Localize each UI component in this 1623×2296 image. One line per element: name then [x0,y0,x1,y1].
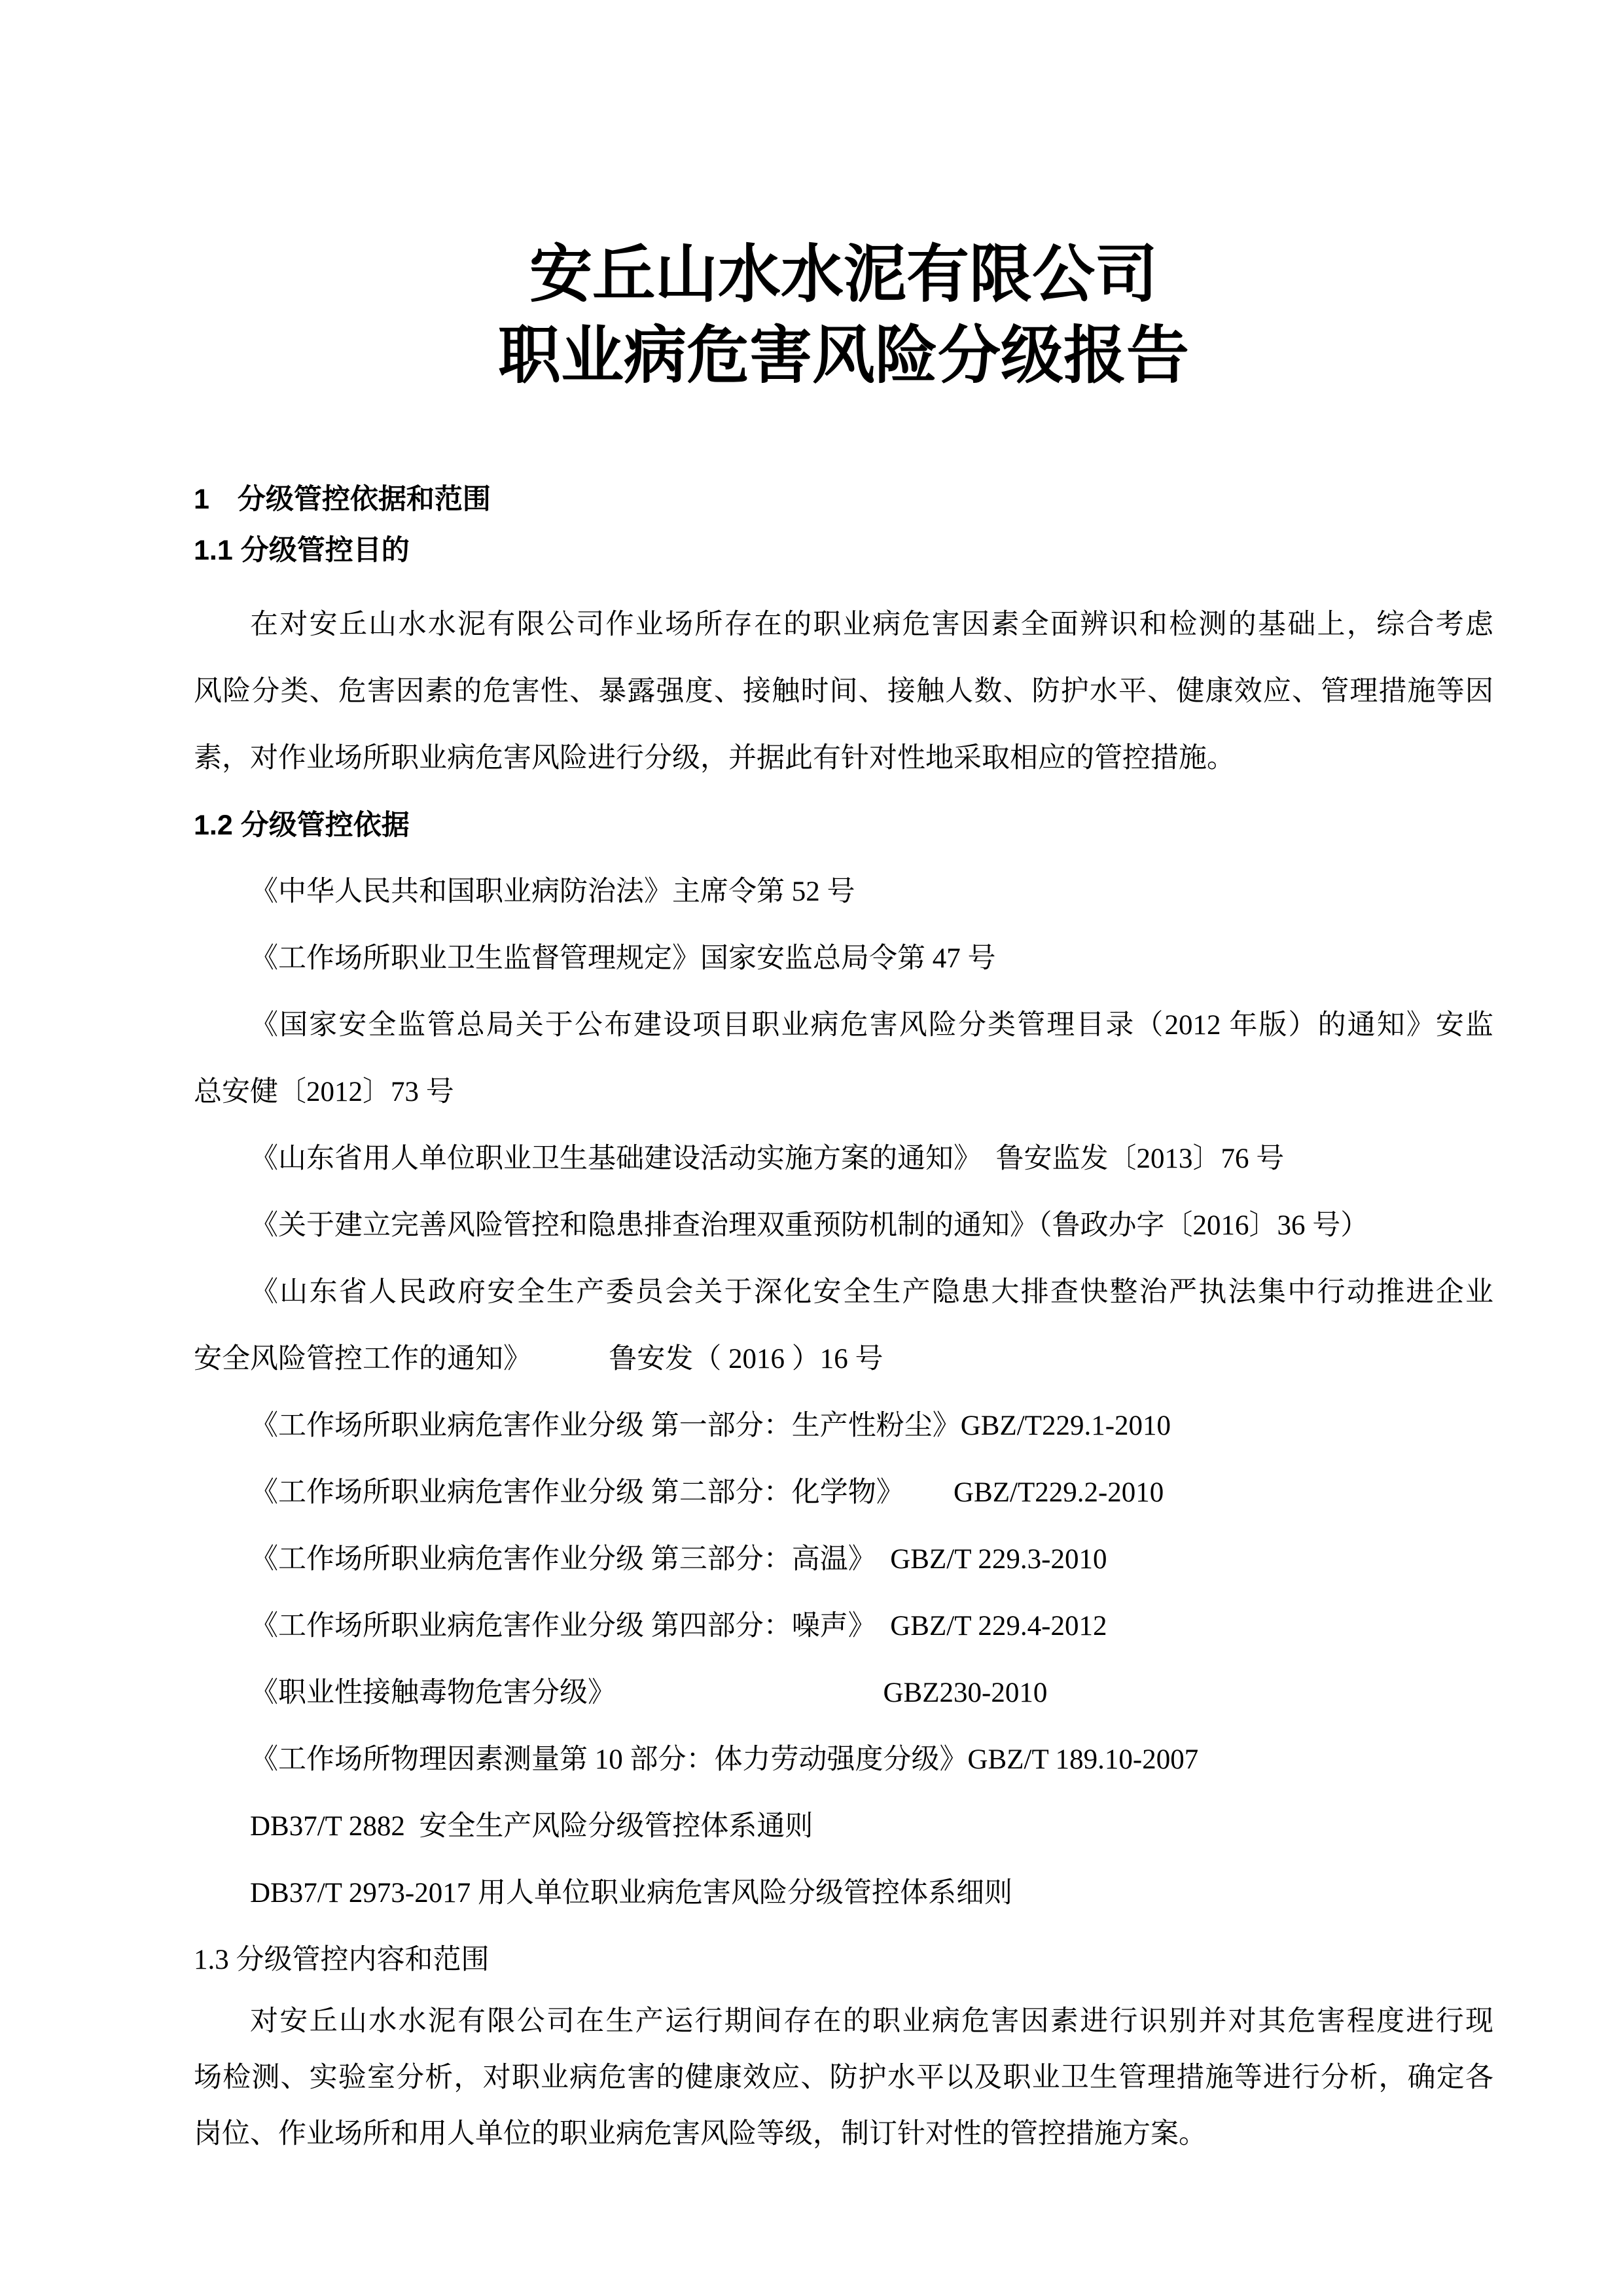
page-content: 安丘山水水泥有限公司 职业病危害风险分级报告 1 分级管控依据和范围 1.1 分… [194,0,1493,2162]
reference-line-continuation: 总安健〔2012〕73 号 [194,1059,1493,1126]
paragraph-line: 对安丘山水水泥有限公司在生产运行期间存在的职业病危害因素进行识别并对其危害程度进… [194,1994,1493,2050]
reference-line: DB37/T 2882 安全生产风险分级管控体系通则 [194,1793,1493,1860]
reference-line: 《工作场所物理因素测量第 10 部分：体力劳动强度分级》GBZ/T 189.10… [194,1727,1493,1793]
reference-line: 《工作场所职业病危害作业分级 第一部分：生产性粉尘》GBZ/T229.1-201… [194,1393,1493,1460]
report-title-line-2: 职业病危害风险分级报告 [194,315,1493,397]
paragraph-line: 场检测、实验室分析，对职业病危害的健康效应、防护水平以及职业卫生管理措施等进行分… [194,2050,1493,2106]
paragraph-line: 素，对作业场所职业病危害风险进行分级，并据此有针对性地采取相应的管控措施。 [194,725,1493,792]
reference-line: 《国家安全监管总局关于公布建设项目职业病危害风险分类管理目录（2012 年版）的… [194,992,1493,1059]
heading-section-1-2: 1.2 分级管控依据 [194,792,1493,859]
reference-list: 《中华人民共和国职业病防治法》主席令第 52 号 《工作场所职业卫生监督管理规定… [194,859,1493,1927]
reference-line: DB37/T 2973-2017 用人单位职业病危害风险分级管控体系细则 [194,1860,1493,1927]
reference-line: 《职业性接触毒物危害分级》 GBZ230-2010 [194,1660,1493,1727]
report-title-line-1: 安丘山水水泥有限公司 [194,234,1493,315]
paragraph-1-1: 在对安丘山水水泥有限公司作业场所存在的职业病危害因素全面辨识和检测的基础上，综合… [194,592,1493,792]
heading-section-1-1: 1.1 分级管控目的 [194,525,1493,576]
reference-line: 《山东省人民政府安全生产委员会关于深化安全生产隐患大排查快整治严执法集中行动推进… [194,1259,1493,1326]
report-title: 安丘山水水泥有限公司 职业病危害风险分级报告 [194,0,1493,397]
paragraph-line: 在对安丘山水水泥有限公司作业场所存在的职业病危害因素全面辨识和检测的基础上，综合… [194,592,1493,658]
reference-line: 《工作场所职业卫生监督管理规定》国家安监总局令第 47 号 [194,925,1493,992]
heading-section-1-3: 1.3 分级管控内容和范围 [194,1927,1493,1994]
reference-line: 《工作场所职业病危害作业分级 第三部分：高温》 GBZ/T 229.3-2010 [194,1526,1493,1593]
paragraph-line: 风险分类、危害因素的危害性、暴露强度、接触时间、接触人数、防护水平、健康效应、管… [194,658,1493,725]
reference-line-continuation: 安全风险管控工作的通知》 鲁安发（ 2016 ）16 号 [194,1326,1493,1393]
paragraph-line: 岗位、作业场所和用人单位的职业病危害风险等级，制订针对性的管控措施方案。 [194,2106,1493,2162]
reference-line: 《工作场所职业病危害作业分级 第二部分：化学物》 GBZ/T229.2-2010 [194,1460,1493,1526]
heading-section-1: 1 分级管控依据和范围 [194,474,1493,525]
paragraph-1-3: 对安丘山水水泥有限公司在生产运行期间存在的职业病危害因素进行识别并对其危害程度进… [194,1994,1493,2162]
reference-line: 《关于建立完善风险管控和隐患排查治理双重预防机制的通知》（鲁政办字〔2016〕3… [194,1193,1493,1259]
document-page: 安丘山水水泥有限公司 职业病危害风险分级报告 1 分级管控依据和范围 1.1 分… [0,0,1623,2296]
reference-line: 《工作场所职业病危害作业分级 第四部分：噪声》 GBZ/T 229.4-2012 [194,1593,1493,1660]
reference-line: 《中华人民共和国职业病防治法》主席令第 52 号 [194,859,1493,925]
reference-line: 《山东省用人单位职业卫生基础建设活动实施方案的通知》 鲁安监发〔2013〕76 … [194,1126,1493,1193]
